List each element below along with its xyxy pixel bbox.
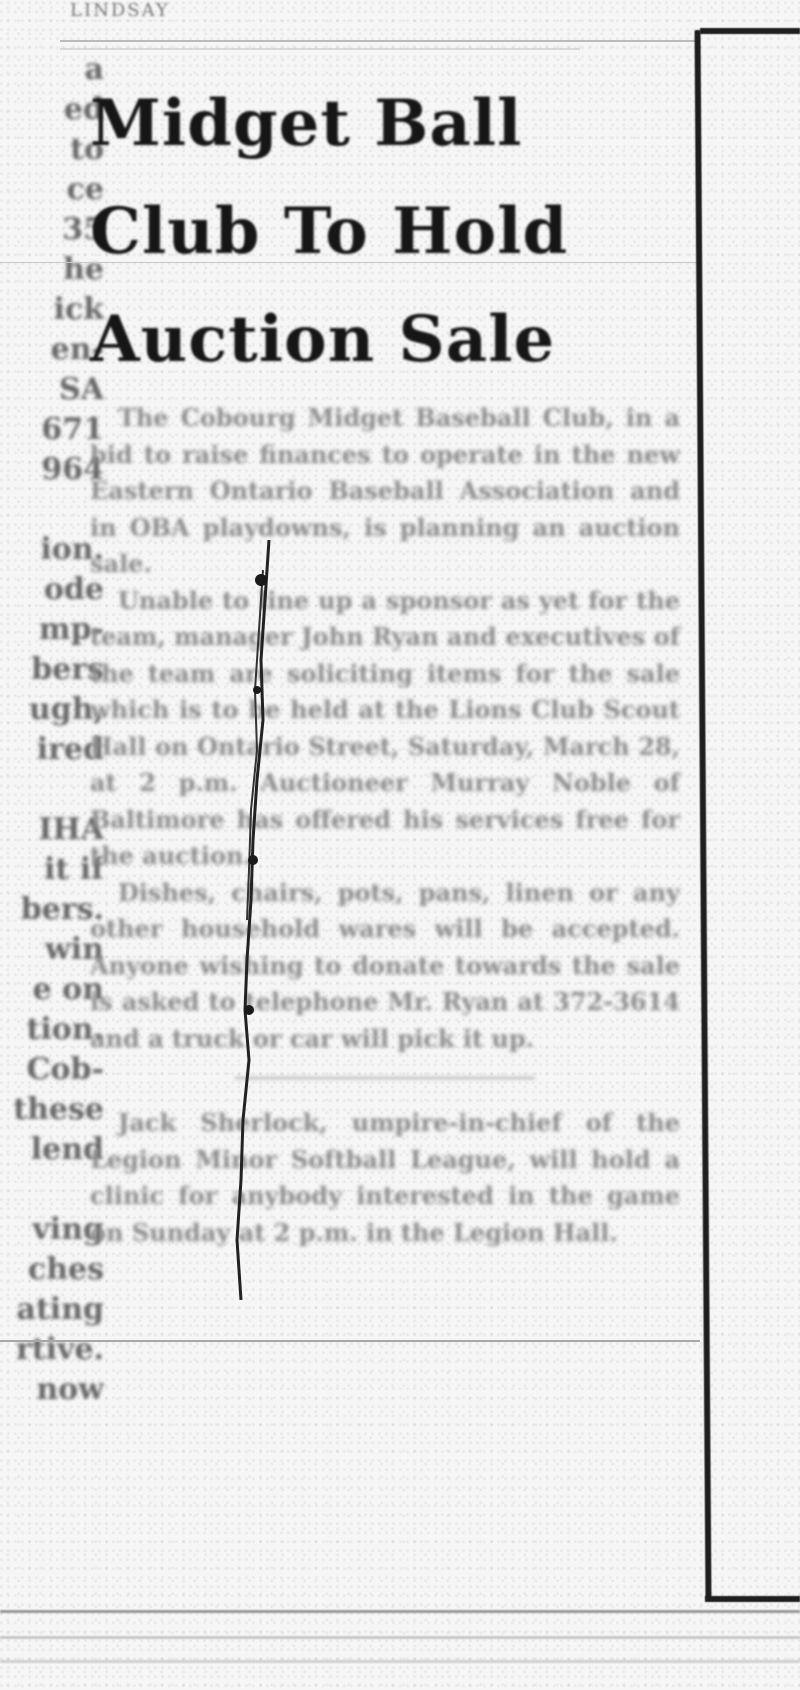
article: Midget Ball Club To Hold Auction Sale Th… — [90, 50, 680, 1251]
column-fragment: now — [4, 1370, 104, 1410]
column-fragment: e on — [4, 970, 104, 1010]
column-fragment: win — [4, 930, 104, 970]
article-paragraph-1: The Cobourg Midget Baseball Club, in a b… — [90, 400, 680, 583]
column-fragment: IHA — [4, 810, 104, 850]
column-fragment: en- — [4, 330, 104, 370]
column-fragment: 671 — [4, 410, 104, 450]
section-rule — [0, 1340, 700, 1342]
column-fragment: he — [4, 250, 104, 290]
column-fragment: bers — [4, 650, 104, 690]
column-fragment: lend — [4, 1130, 104, 1170]
headline: Midget Ball Club To Hold Auction Sale — [90, 70, 680, 394]
adjacent-column-fragments: aedtoce35heicken-SA671964ion.odemp-bersu… — [4, 50, 104, 1590]
column-fragment: ce — [4, 170, 104, 210]
column-fragment: tion. — [4, 1010, 104, 1050]
column-fragment: ion. — [4, 530, 104, 570]
newspaper-page: LINDSAY aedtoce35heicken-SA671964ion.ode… — [0, 0, 800, 1690]
headline-line-1: Midget Ball — [90, 70, 680, 178]
column-fragment: to — [4, 130, 104, 170]
article-paragraph-3: Dishes, chairs, pots, pans, linen or any… — [90, 875, 680, 1058]
article-paragraph-2: Unable to line up a sponsor as yet for t… — [90, 583, 680, 875]
column-frame-border — [695, 30, 712, 1600]
bottom-rules — [0, 1600, 800, 1690]
column-fragment: these — [4, 1090, 104, 1130]
headline-line-3: Auction Sale — [90, 286, 680, 394]
article-separator — [235, 1077, 535, 1079]
column-fragment: 35 — [4, 210, 104, 250]
article-body: The Cobourg Midget Baseball Club, in a b… — [90, 400, 680, 1251]
column-fragment: ving — [4, 1210, 104, 1250]
column-fragment — [4, 1170, 104, 1210]
column-fragment: ick — [4, 290, 104, 330]
top-rule — [60, 40, 700, 42]
fold-line — [0, 262, 700, 263]
column-fragment: ating — [4, 1290, 104, 1330]
column-fragment: ode — [4, 570, 104, 610]
column-fragment: rtive. — [4, 1330, 104, 1370]
column-fragment — [4, 490, 104, 530]
column-fragment: mp- — [4, 610, 104, 650]
column-fragment: ches — [4, 1250, 104, 1290]
column-frame-top — [700, 28, 800, 34]
column-fragment — [4, 770, 104, 810]
column-fragment: a — [4, 50, 104, 90]
column-fragment: ed — [4, 90, 104, 130]
column-fragment: bers. — [4, 890, 104, 930]
column-fragment: SA — [4, 370, 104, 410]
column-fragment: ugh, — [4, 690, 104, 730]
column-fragment: it if — [4, 850, 104, 890]
column-fragment: Cob- — [4, 1050, 104, 1090]
column-fragment: ired — [4, 730, 104, 770]
masthead-fragment: LINDSAY — [70, 0, 170, 21]
column-fragment: 964 — [4, 450, 104, 490]
second-news-item: Jack Sherlock, umpire-in-chief of the Le… — [90, 1105, 680, 1251]
headline-line-2: Club To Hold — [90, 178, 680, 286]
